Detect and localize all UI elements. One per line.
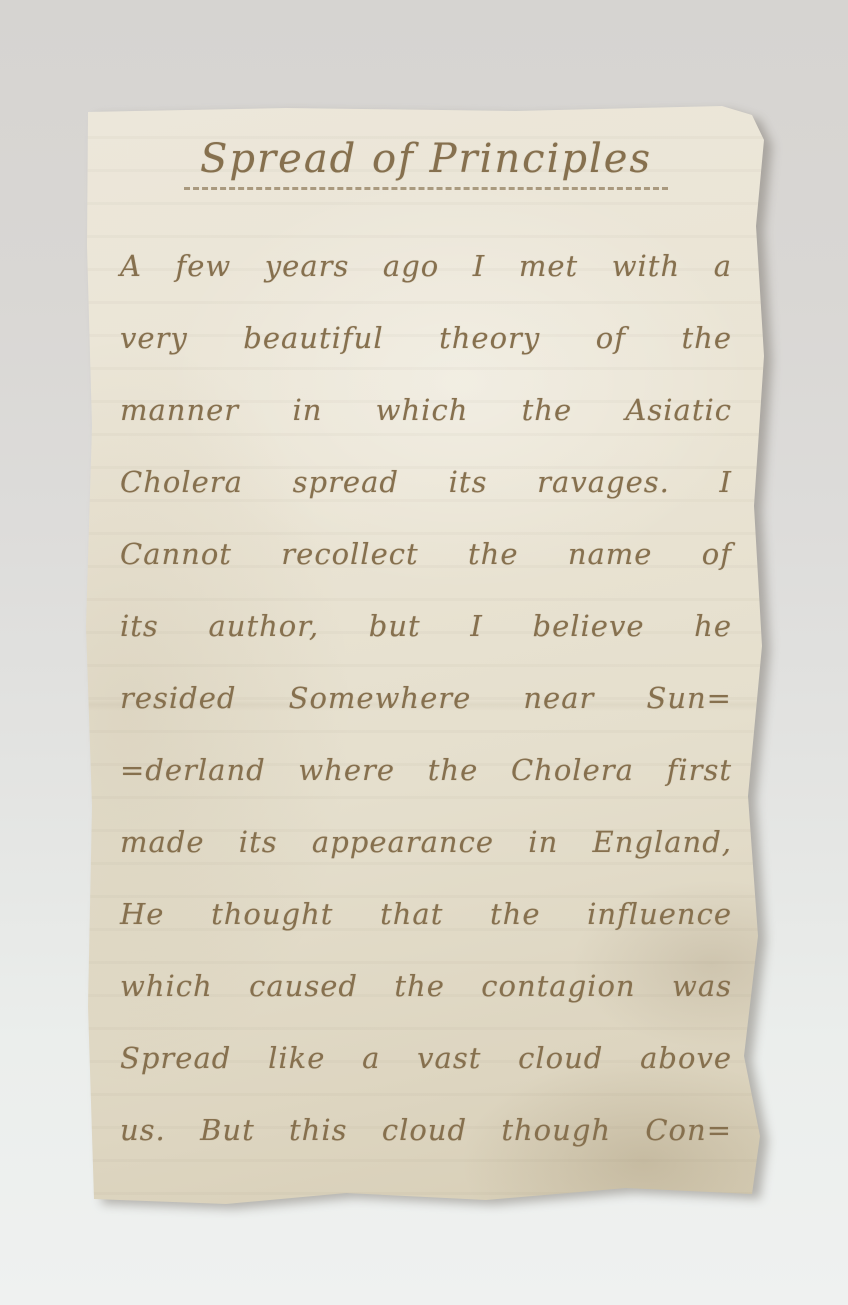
manuscript-body: A few years ago I met with a very beauti… — [120, 230, 732, 1166]
manuscript-line: =derland where the Cholera first — [120, 734, 732, 806]
manuscript-line: Cholera spread its ravages. I — [120, 446, 732, 518]
manuscript-line: us. But this cloud though Con= — [120, 1094, 732, 1166]
manuscript-line: Spread like a vast cloud above — [120, 1022, 732, 1094]
manuscript-line: He thought that the influence — [120, 878, 732, 950]
manuscript-line: resided Somewhere near Sun= — [120, 662, 732, 734]
manuscript-line: Cannot recollect the name of — [120, 518, 732, 590]
title-row: Spread of Principles — [86, 106, 766, 190]
manuscript-line: manner in which the Asiatic — [120, 374, 732, 446]
manuscript-line: which caused the contagion was — [120, 950, 732, 1022]
manuscript-paper: Spread of Principles A few years ago I m… — [86, 106, 766, 1206]
manuscript-line: A few years ago I met with a — [120, 230, 732, 302]
manuscript-title: Spread of Principles — [184, 136, 668, 190]
manuscript-line: very beautiful theory of the — [120, 302, 732, 374]
manuscript-line: its author, but I believe he — [120, 590, 732, 662]
manuscript-line: made its appearance in England, — [120, 806, 732, 878]
manuscript-page: Spread of Principles A few years ago I m… — [86, 106, 766, 1206]
